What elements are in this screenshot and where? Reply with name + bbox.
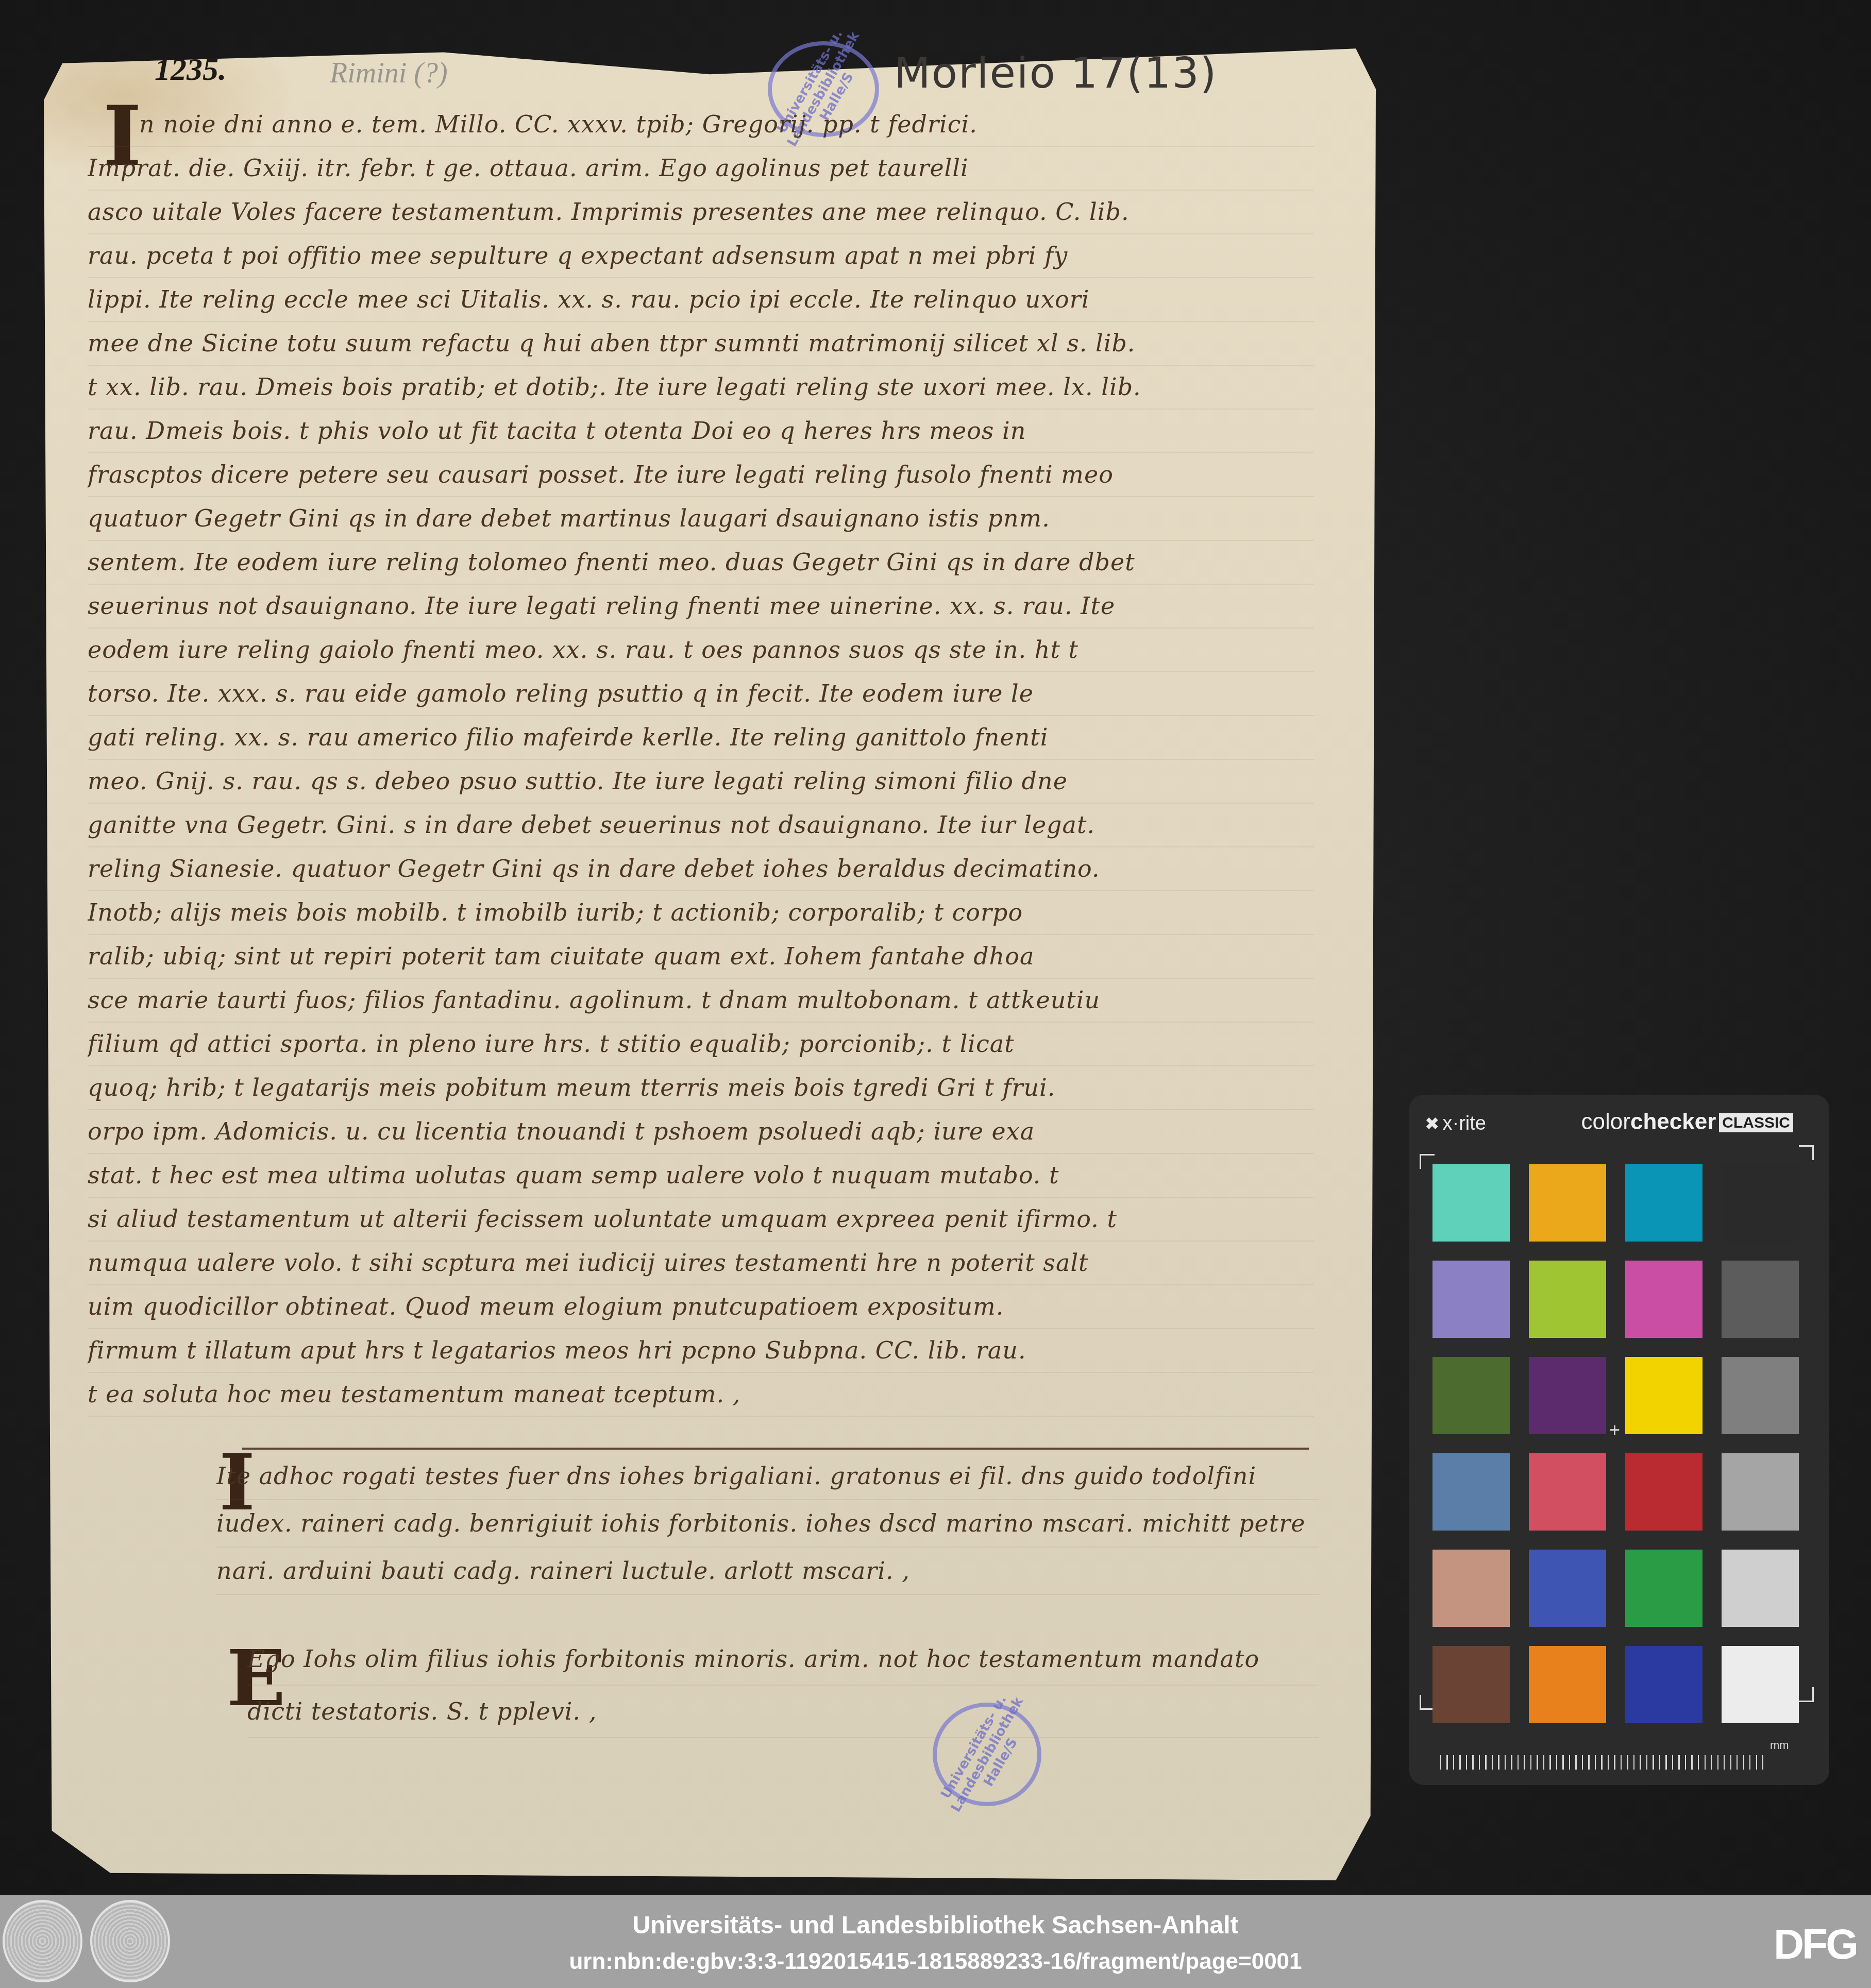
text-line: quoq; hrib; t legatarijs meis pobitum me… xyxy=(88,1066,1314,1110)
color-swatch xyxy=(1529,1453,1606,1531)
color-swatch xyxy=(1722,1261,1799,1338)
text-line: rau. pceta t poi offitio mee sepulture q… xyxy=(88,234,1314,278)
text-line: lippi. Ite reling eccle mee sci Uitalis.… xyxy=(88,278,1314,322)
classic-badge: CLASSIC xyxy=(1719,1113,1793,1132)
text-line: orpo ipm. Adomicis. u. cu licentia tnoua… xyxy=(88,1110,1314,1154)
text-line: n noie dni anno e. tem. Millo. CC. xxxv.… xyxy=(88,103,1314,147)
color-swatch xyxy=(1722,1550,1799,1627)
text-line: firmum t illatum aput hrs t legatarios m… xyxy=(88,1329,1314,1373)
xrite-mark-icon: ✖ xyxy=(1425,1114,1440,1134)
color-swatch xyxy=(1529,1261,1606,1338)
library-name: Universitäts- und Landesbibliothek Sachs… xyxy=(0,1911,1871,1940)
text-line: dicti testatoris. S. t pplevi. , xyxy=(247,1686,1319,1738)
color-swatch xyxy=(1625,1261,1703,1338)
text-line: eodem iure reling gaiolo fnenti meo. xx.… xyxy=(88,628,1314,672)
color-swatch xyxy=(1625,1164,1703,1242)
text-line: mee dne Sicine totu suum refactu q hui a… xyxy=(88,322,1314,366)
text-line: reling Sianesie. quatuor Gegetr Gini qs … xyxy=(88,847,1314,891)
color-swatch-grid xyxy=(1432,1164,1814,1723)
color-swatch xyxy=(1625,1453,1703,1531)
witness-text: Ite adhoc rogati testes fuer dns iohes b… xyxy=(216,1453,1319,1595)
text-line: frascptos dicere petere seu causari poss… xyxy=(88,453,1314,497)
ruler-unit-label: mm xyxy=(1770,1739,1789,1752)
xrite-logo: ✖x·rite xyxy=(1425,1113,1486,1135)
text-line: stat. t hec est mea ultima uolutas quam … xyxy=(88,1154,1314,1198)
color-swatch xyxy=(1432,1646,1510,1723)
shelfmark-annotation: Morleio 17(13) xyxy=(894,49,1218,98)
colorchecker-title: colorcheckerCLASSIC xyxy=(1581,1109,1793,1135)
text-line: Ite adhoc rogati testes fuer dns iohes b… xyxy=(216,1453,1319,1500)
text-line: rau. Dmeis bois. t phis volo ut fit taci… xyxy=(88,410,1314,453)
colorchecker-card: ✖x·rite colorcheckerCLASSIC + mm xyxy=(1409,1095,1829,1785)
section-divider xyxy=(242,1448,1309,1450)
color-swatch xyxy=(1529,1646,1606,1723)
crosshair-icon: + xyxy=(1609,1419,1620,1441)
color-swatch xyxy=(1432,1164,1510,1242)
text-line: ganitte vna Gegetr. Gini. s in dare debe… xyxy=(88,804,1314,847)
text-line: seuerinus not dsauignano. Ite iure legat… xyxy=(88,585,1314,628)
color-swatch xyxy=(1722,1453,1799,1531)
text-line: Ego Iohs olim filius iohis forbitonis mi… xyxy=(247,1633,1319,1686)
text-line: nari. arduini bauti cadg. raineri luctul… xyxy=(216,1548,1319,1595)
color-swatch xyxy=(1722,1646,1799,1723)
text-line: gati reling. xx. s. rau americo filio ma… xyxy=(88,716,1314,760)
text-line: quatuor Gegetr Gini qs in dare debet mar… xyxy=(88,497,1314,541)
text-line: t xx. lib. rau. Dmeis bois pratib; et do… xyxy=(88,366,1314,410)
color-swatch xyxy=(1625,1550,1703,1627)
color-swatch xyxy=(1722,1164,1799,1242)
corner-mark-icon xyxy=(1799,1145,1814,1160)
text-line: Imprat. die. Gxiij. itr. febr. t ge. ott… xyxy=(88,147,1314,191)
pencil-note: Rimini (?) xyxy=(330,57,448,90)
mm-ruler xyxy=(1440,1744,1765,1770)
main-text: n noie dni anno e. tem. Millo. CC. xxxv.… xyxy=(88,103,1314,1417)
color-swatch xyxy=(1432,1550,1510,1627)
footer-bar: Universitäts- und Landesbibliothek Sachs… xyxy=(0,1895,1871,1988)
notary-subscription: Ego Iohs olim filius iohis forbitonis mi… xyxy=(247,1633,1319,1738)
text-line: filium qd attici sporta. in pleno iure h… xyxy=(88,1023,1314,1066)
color-swatch xyxy=(1432,1261,1510,1338)
urn-identifier: urn:nbn:de:gbv:3:3-1192015415-1815889233… xyxy=(0,1949,1871,1975)
text-line: iudex. raineri cadg. benrigiuit iohis fo… xyxy=(216,1500,1319,1548)
color-swatch xyxy=(1529,1357,1606,1434)
text-line: Inotb; alijs meis bois mobilb. t imobilb… xyxy=(88,891,1314,935)
color-swatch xyxy=(1625,1357,1703,1434)
color-swatch xyxy=(1432,1357,1510,1434)
text-line: meo. Gnij. s. rau. qs s. debeo psuo sutt… xyxy=(88,760,1314,804)
color-swatch xyxy=(1432,1453,1510,1531)
text-line: ralib; ubiq; sint ut repiri poterit tam … xyxy=(88,935,1314,979)
color-swatch xyxy=(1722,1357,1799,1434)
color-swatch xyxy=(1529,1164,1606,1242)
color-swatch xyxy=(1529,1550,1606,1627)
text-line: sentem. Ite eodem iure reling tolomeo fn… xyxy=(88,541,1314,585)
text-line: uim quodicillor obtineat. Quod meum elog… xyxy=(88,1285,1314,1329)
color-swatch xyxy=(1625,1646,1703,1723)
text-line: si aliud testamentum ut alterii fecissem… xyxy=(88,1198,1314,1242)
text-line: t ea soluta hoc meu testamentum maneat t… xyxy=(88,1373,1314,1417)
dfg-logo: DFG xyxy=(1774,1921,1857,1969)
text-line: sce marie taurti fuos; filios fantadinu.… xyxy=(88,979,1314,1023)
text-line: torso. Ite. xxx. s. rau eide gamolo reli… xyxy=(88,672,1314,716)
year-annotation: 1235. xyxy=(155,52,227,88)
text-line: numqua ualere volo. t sihi scptura mei i… xyxy=(88,1242,1314,1285)
text-line: asco uitale Voles facere testamentum. Im… xyxy=(88,191,1314,234)
